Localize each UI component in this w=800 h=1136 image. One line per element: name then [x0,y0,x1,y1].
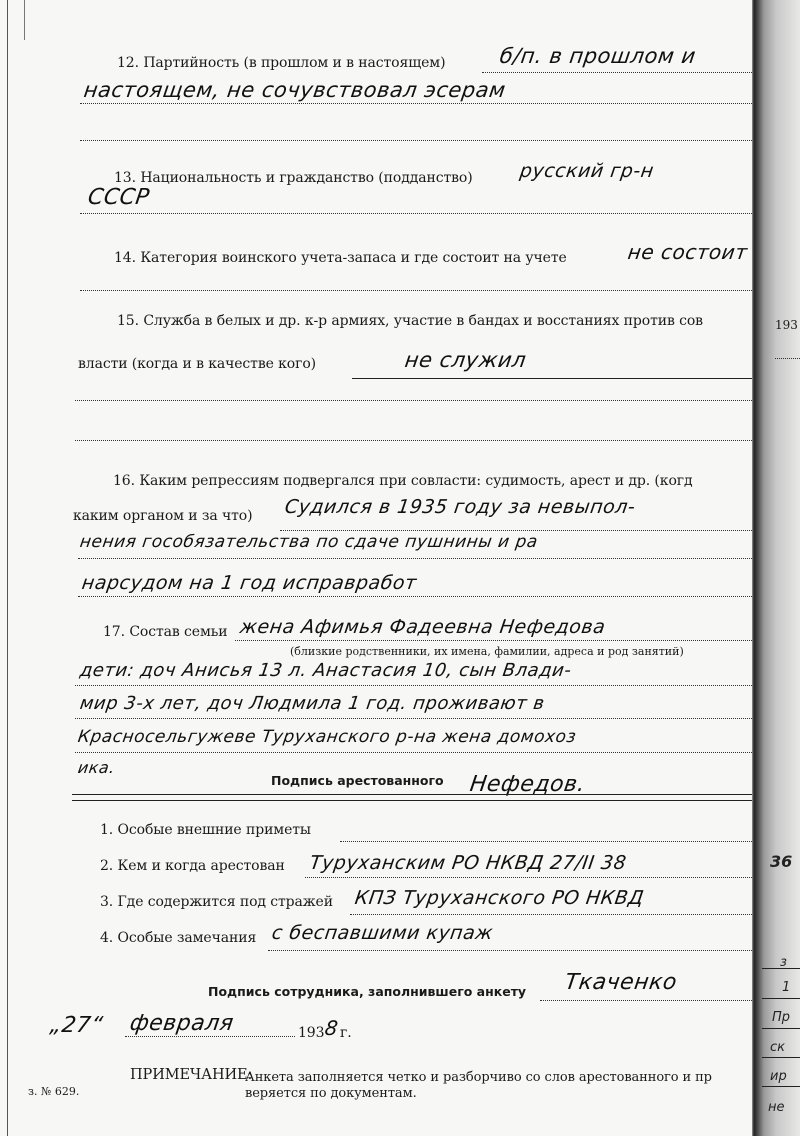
section-16-line-2 [78,558,752,559]
section-14-line-2 [80,290,752,291]
section-17-hint: (близкие родственники, их имена, фамилии… [290,645,684,658]
margin-line-5 [762,1086,800,1087]
section-16-answer-3: нарсудом на 1 год исправработ [80,572,418,594]
section-17-answer-4: Красносельгужеве Туруханского р-на жена … [77,727,578,747]
section-16-answer-1: Судился в 1935 году за невыпол- [283,496,636,518]
margin-number-193: 193 [775,318,798,332]
section-17-line-3 [75,718,752,719]
section-16-answer-2: нения гособязательства по сдаче пушнины … [79,532,540,552]
section-12-answer-1: б/п. в прошлом и [498,44,697,68]
section-13-answer-2: СССР [86,185,151,210]
document-page: 12. Партийность (в прошлом и в настоящем… [0,0,800,1136]
section-16-label-1: 16. Каким репрессиям подвергался при сов… [113,473,693,489]
section-14-label: 14. Категория воинского учета-запаса и г… [114,250,567,266]
note-label: ПРИМЕЧАНИЕ: [130,1067,252,1083]
point-2-answer: Туруханским РО НКВД 27/II 38 [308,852,627,874]
section-12-line-3 [80,140,752,141]
date-month: февраля [128,1011,235,1036]
point-3-answer: КПЗ Туруханского РО НКВД [353,887,645,909]
date-day: „27“ [48,1013,104,1038]
section-17-line-2 [75,685,752,686]
section-15-line-2 [75,400,752,401]
form-number: з. № 629. [28,1085,79,1098]
section-17-answer-1: жена Афимья Фадеевна Нефедова [238,616,606,638]
date-year-unit: г. [340,1025,352,1041]
point-2-line [305,877,752,878]
section-16-label-2: каким органом и за что) [73,508,253,524]
section-15-line-1 [352,378,752,379]
section-15-line-3 [75,440,752,441]
section-15-answer: не служил [403,348,528,372]
margin-note-5: ир [770,1069,787,1084]
section-16-line-3 [78,596,752,597]
section-15-label-1: 15. Служба в белых и др. к-р армиях, уча… [117,313,703,329]
section-12-answer-2: настоящем, не сочувствовал эсерам [82,78,507,102]
arrested-signature-label: Подпись арестованного [271,773,444,788]
note-text-1: Анкета заполняется четко и разборчиво со… [245,1070,712,1085]
point-1-line [340,841,752,842]
section-17-answer-3: мир 3-х лет, доч Людмила 1 год. проживаю… [79,693,546,714]
margin-line-3 [762,1028,800,1029]
date-year-prefix: 193 [298,1025,324,1041]
separator-line-1 [72,794,752,795]
margin-line-4 [762,1057,800,1058]
margin-dots [775,358,800,359]
officer-signature: Ткаченко [563,970,678,995]
section-12-line-1 [482,72,752,73]
margin-line-2 [762,998,800,999]
margin-note-4: ск [770,1040,785,1055]
section-14-answer: не состоит [626,240,749,264]
section-17-answer-2: дети: доч Анисья 13 л. Анастасия 10, сын… [79,660,573,681]
date-month-line [125,1036,295,1037]
point-4-line [268,950,752,951]
page-binding-edge [752,0,800,1136]
date-year-suffix: 8 [323,1016,340,1040]
section-17-label: 17. Состав семьи [103,624,228,640]
separator-line-2 [72,800,752,801]
point-1-label: 1. Особые внешние приметы [100,822,311,838]
point-3-line [350,914,752,915]
left-margin-rule [7,0,8,1136]
left-margin-rule-top [24,0,25,40]
margin-note-2: 1 [782,980,790,995]
section-16-line-1 [280,530,752,531]
section-13-label: 13. Национальность и гражданство (поддан… [114,170,473,186]
section-17-line-1 [235,640,752,641]
margin-mark-36: 36 [770,852,792,871]
section-13-line-2 [80,213,752,214]
section-17-line-4 [75,752,752,753]
note-text-2: веряется по документам. [245,1086,417,1101]
point-3-label: 3. Где содержится под стражей [100,894,333,910]
officer-signature-line [540,1000,752,1001]
section-15-label-2: власти (когда и в качестве кого) [78,356,316,372]
section-17-answer-5: ика. [77,758,117,777]
section-12-line-2 [80,103,752,104]
point-4-answer: с беспавшими купаж [270,922,494,944]
margin-line-1 [762,968,800,969]
margin-note-6: не [768,1100,785,1115]
point-4-label: 4. Особые замечания [100,930,256,946]
margin-note-3: Пр [772,1010,790,1025]
officer-signature-label: Подпись сотрудника, заполнившего анкету [208,984,526,999]
section-13-answer-1: русский гр-н [518,160,655,182]
point-2-label: 2. Кем и когда арестован [100,858,285,874]
section-12-label: 12. Партийность (в прошлом и в настоящем… [117,55,445,71]
